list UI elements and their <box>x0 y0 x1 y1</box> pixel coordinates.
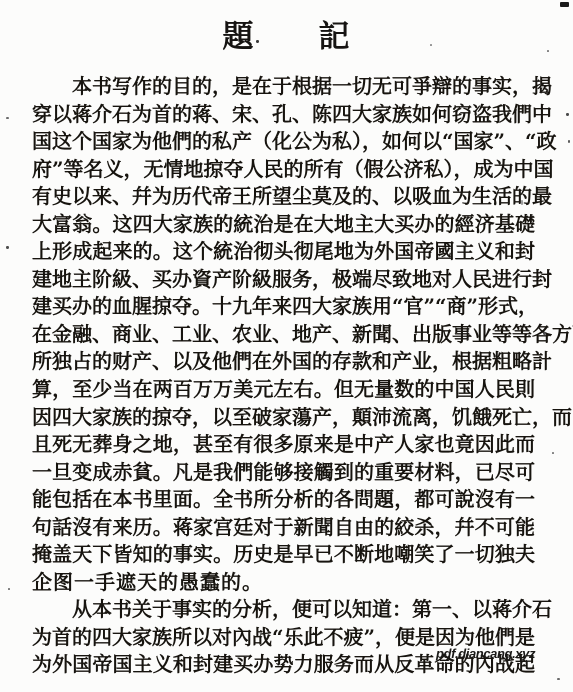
text-line: 上形成起来的。这个統治彻头彻尾地为外国帝國主义和封 <box>32 238 535 266</box>
scan-speck <box>521 200 523 205</box>
text-line: 有史以来、幷为历代帝王所望尘莫及的、以吸血为生活的最 <box>32 183 535 211</box>
title-char-right: 記 <box>319 11 351 56</box>
text-line: 建买办的血腥掠夺。十九年来四大家族用“官”“商”形式， <box>32 293 535 321</box>
scan-speck <box>430 44 432 46</box>
scanned-book-page: 題 記 本书写作的目的，是在于根据一切无可爭辯的事实，揭 穿以蒋介石为首的蒋、宋… <box>0 0 573 692</box>
body-text: 本书写作的目的，是在于根据一切无可爭辯的事实，揭 穿以蒋介石为首的蒋、宋、孔、陈… <box>32 73 535 679</box>
text-line: 因四大家族的掠夺，以至破家蕩产，顛沛流离，饥餓死亡，而 <box>32 404 535 432</box>
text-line: 穿以蒋介石为首的蒋、宋、孔、陈四大家族如何窃盗我們中 <box>32 101 535 129</box>
text-line: 所独占的财产、以及他們在外国的存款和产业，根据粗略計 <box>32 348 535 376</box>
text-line: 算，至少当在两百万万美元左右。但无量数的中国人民則 <box>32 376 535 404</box>
scan-speck <box>560 2 569 7</box>
pdf-watermark: pdf.diancang.xyz <box>436 646 535 661</box>
text-line: 掩盖天下皆知的事实。历史是早已不断地嘲笑了一切独夫 <box>32 541 535 569</box>
scan-speck <box>566 113 569 116</box>
text-line: 且死无葬身之地，甚至有很多原来是中产人家也竟因此而 <box>32 431 535 459</box>
text-line: 一旦变成赤貧。凡是我們能够接觸到的重要材料，已尽可 <box>32 459 535 487</box>
scan-speck <box>536 612 538 614</box>
scan-speck <box>557 678 560 680</box>
scan-speck <box>8 588 10 590</box>
scan-speck <box>256 40 259 43</box>
page-title: 題 記 <box>0 11 573 56</box>
text-line: 府”等名义，无情地掠夺人民的所有（假公济私），成为中国 <box>32 156 535 184</box>
scan-speck <box>6 246 9 249</box>
text-line: 本书写作的目的，是在于根据一切无可爭辯的事实，揭 <box>32 73 535 101</box>
title-char-left: 題 <box>223 11 255 56</box>
text-line: 企图一手遮天的愚蠢的。 <box>32 569 535 597</box>
text-line: 建地主阶級、买办資产阶級服务，极端尽致地对人民进行封 <box>32 266 535 294</box>
text-line: 句話沒有来历。蒋家宫廷对于新聞自由的絞杀，幷不可能 <box>32 514 535 542</box>
text-line: 能包括在本书里面。全书所分析的各問題，都可說沒有一 <box>32 486 535 514</box>
scan-speck <box>552 452 554 454</box>
scan-speck <box>525 257 528 259</box>
text-line: 在金融、商业、工业、农业、地产、新聞、出版事业等等各方面 <box>32 321 535 349</box>
scan-speck <box>568 140 570 143</box>
scan-speck <box>547 50 549 52</box>
text-line: 从本书关于事实的分析，便可以知道：第一、以蒋介石 <box>32 596 535 624</box>
scan-speck <box>6 117 9 119</box>
text-line: 大富翁。这四大家族的統治是在大地主大买办的經济基礎 <box>32 211 535 239</box>
scan-speck <box>543 332 546 335</box>
text-line: 国这个国家为他們的私产（化公为私），如何以“国家”、“政 <box>32 128 535 156</box>
